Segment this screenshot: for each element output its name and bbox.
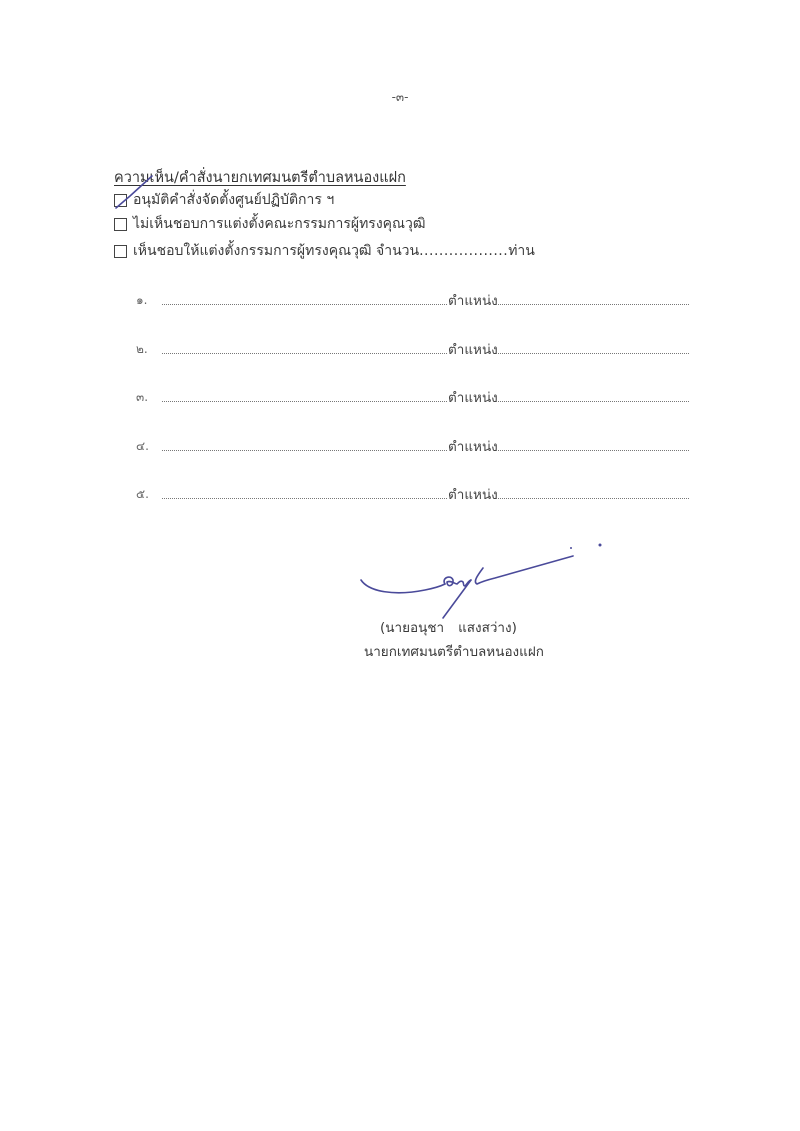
option-disapprove[interactable]: ไม่เห็นชอบการแต่งตั้งคณะกรรมการผู้ทรงคุณ… xyxy=(114,213,426,235)
option-appoint-committee[interactable]: เห็นชอบให้แต่งตั้งกรรมการผู้ทรงคุณวุฒิ จ… xyxy=(114,240,535,262)
page-number: -๓- xyxy=(0,88,800,107)
position-field[interactable] xyxy=(496,450,689,451)
name-field[interactable] xyxy=(162,353,447,354)
checkbox-appoint-committee[interactable] xyxy=(114,245,127,258)
name-field[interactable] xyxy=(162,401,447,402)
committee-count-unit: ท่าน xyxy=(508,240,535,262)
row-number: ๓. xyxy=(136,388,148,407)
signer-name-last: แสงสว่าง) xyxy=(458,620,517,636)
position-label: ตำแหน่ง xyxy=(448,338,498,360)
row-number: ๔. xyxy=(136,437,149,456)
option-approve[interactable]: อนุมัติคำสั่งจัดตั้งศูนย์ปฏิบัติการ ฯ xyxy=(114,189,334,211)
signer-name: (นายอนุชาแสงสว่าง) xyxy=(380,616,517,638)
position-label: ตำแหน่ง xyxy=(448,483,498,505)
committee-row-3: ๓. ตำแหน่ง xyxy=(136,386,692,406)
position-label: ตำแหน่ง xyxy=(448,386,498,408)
name-field[interactable] xyxy=(162,498,447,499)
committee-count-field[interactable]: .................. xyxy=(419,243,508,259)
position-field[interactable] xyxy=(496,353,689,354)
row-number: ๒. xyxy=(136,340,148,359)
signer-name-first: (นายอนุชา xyxy=(380,620,444,636)
committee-row-5: ๕. ตำแหน่ง xyxy=(136,483,692,503)
position-field[interactable] xyxy=(496,401,689,402)
signature-icon xyxy=(355,540,615,620)
option-approve-label: อนุมัติคำสั่งจัดตั้งศูนย์ปฏิบัติการ ฯ xyxy=(133,189,334,211)
position-field[interactable] xyxy=(496,498,689,499)
committee-row-4: ๔. ตำแหน่ง xyxy=(136,435,692,455)
signer-title: นายกเทศมนตรีตำบลหนองแฝก xyxy=(364,640,544,662)
position-label: ตำแหน่ง xyxy=(448,435,498,457)
row-number: ๕. xyxy=(136,485,149,504)
committee-row-1: ๑. ตำแหน่ง xyxy=(136,289,692,309)
checkbox-approve[interactable] xyxy=(114,194,127,207)
row-number: ๑. xyxy=(136,291,147,310)
name-field[interactable] xyxy=(162,304,447,305)
checkbox-disapprove[interactable] xyxy=(114,218,127,231)
option-disapprove-label: ไม่เห็นชอบการแต่งตั้งคณะกรรมการผู้ทรงคุณ… xyxy=(133,213,426,235)
committee-row-2: ๒. ตำแหน่ง xyxy=(136,338,692,358)
section-heading: ความเห็น/คำสั่งนายกเทศมนตรีตำบลหนองแฝก xyxy=(114,166,406,189)
option-appoint-committee-label: เห็นชอบให้แต่งตั้งกรรมการผู้ทรงคุณวุฒิ จ… xyxy=(133,240,419,262)
position-label: ตำแหน่ง xyxy=(448,289,498,311)
position-field[interactable] xyxy=(496,304,689,305)
name-field[interactable] xyxy=(162,450,447,451)
